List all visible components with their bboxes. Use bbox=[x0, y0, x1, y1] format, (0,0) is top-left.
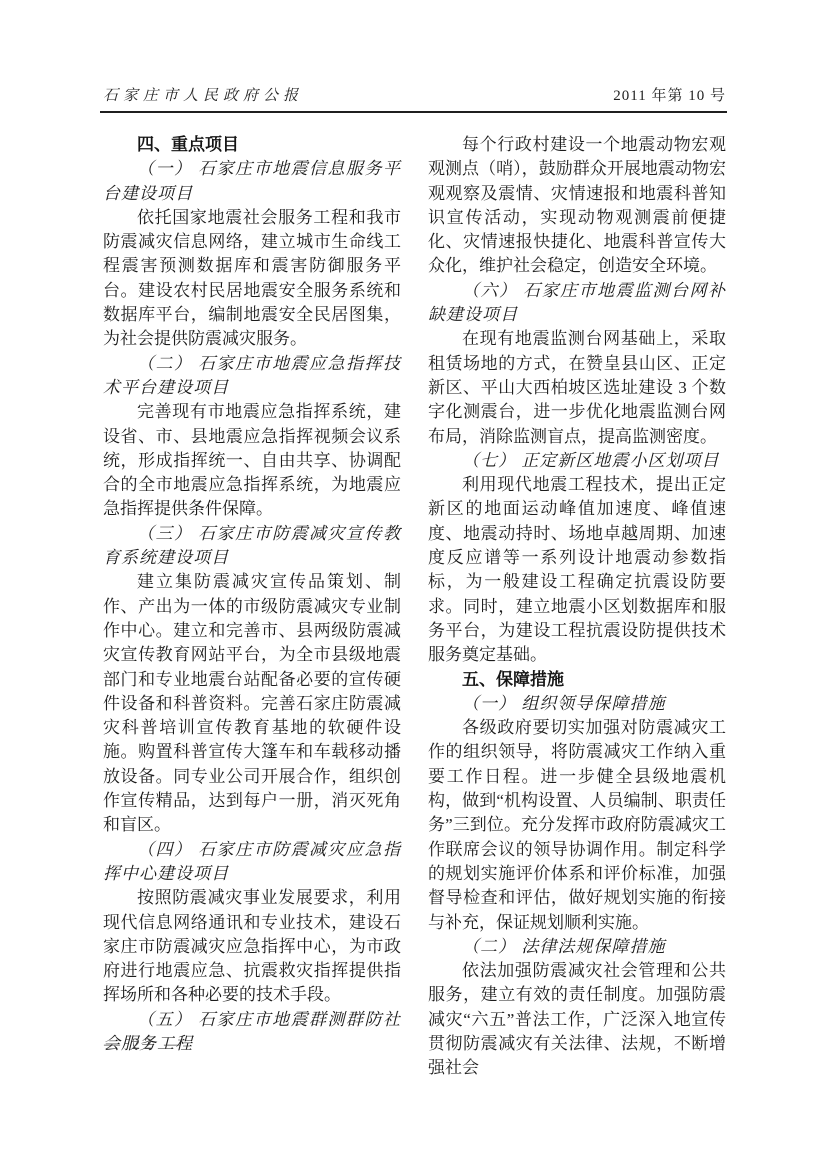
paragraph-project-7: 利用现代地震工程技术，提出正定新区的地面运动峰值加速度、峰值速度、地震动持时、场… bbox=[428, 473, 726, 667]
issue-number: 2011 年第 10 号 bbox=[613, 84, 726, 105]
paragraph-safeguard-2: 依法加强防震减灾社会管理和公共服务，建立有效的责任制度。加强防震减灾“六五”普法… bbox=[428, 959, 726, 1080]
paragraph-project-5: 每个行政村建设一个地震动物宏观观测点（哨），鼓励群众开展地震动物宏观观察及震情、… bbox=[428, 133, 726, 279]
paragraph-project-6: 在现有地震监测台网基础上，采取租赁场地的方式，在赞皇县山区、正定新区、平山大西柏… bbox=[428, 327, 726, 448]
left-column: 四、重点项目 （一） 石家庄市地震信息服务平台建设项目 依托国家地震社会服务工程… bbox=[103, 133, 401, 1081]
paragraph-project-2: 完善现有市地震应急指挥系统，建设省、市、县地震应急指挥视频会议系统，形成指挥统一… bbox=[103, 400, 401, 521]
sub-heading-safeguard-1: （一） 组织领导保障措施 bbox=[428, 692, 726, 716]
sub-heading-project-4: （四） 石家庄市防震减灾应急指挥中心建设项目 bbox=[103, 838, 401, 887]
sub-heading-safeguard-2: （二） 法律法规保障措施 bbox=[428, 935, 726, 959]
sub-heading-project-3: （三） 石家庄市防震减灾宣传教育系统建设项目 bbox=[103, 522, 401, 571]
sub-heading-project-1: （一） 石家庄市地震信息服务平台建设项目 bbox=[103, 157, 401, 206]
paragraph-safeguard-1: 各级政府要切实加强对防震减灾工作的组织领导，将防震减灾工作纳入重要工作日程。进一… bbox=[428, 716, 726, 935]
right-column: 每个行政村建设一个地震动物宏观观测点（哨），鼓励群众开展地震动物宏观观察及震情、… bbox=[428, 133, 726, 1081]
paragraph-project-3: 建立集防震减灾宣传品策划、制作、产出为一体的市级防震减灾专业制作中心。建立和完善… bbox=[103, 570, 401, 837]
section-heading-key-projects: 四、重点项目 bbox=[103, 133, 401, 157]
sub-heading-project-6: （六） 石家庄市地震监测台网补缺建设项目 bbox=[428, 279, 726, 328]
gazette-page: 石家庄市人民政府公报 2011 年第 10 号 四、重点项目 （一） 石家庄市地… bbox=[0, 0, 826, 1169]
gazette-title: 石家庄市人民政府公报 bbox=[103, 84, 303, 105]
page-header: 石家庄市人民政府公报 2011 年第 10 号 bbox=[103, 84, 726, 105]
header-rule bbox=[100, 111, 727, 113]
sub-heading-project-7: （七） 正定新区地震小区划项目 bbox=[428, 449, 726, 473]
paragraph-project-4: 按照防震减灾事业发展要求，利用现代信息网络通讯和专业技术，建设石家庄市防震减灾应… bbox=[103, 886, 401, 1007]
sub-heading-project-2: （二） 石家庄市地震应急指挥技术平台建设项目 bbox=[103, 352, 401, 401]
section-heading-safeguards: 五、保障措施 bbox=[428, 668, 726, 692]
content-area: 四、重点项目 （一） 石家庄市地震信息服务平台建设项目 依托国家地震社会服务工程… bbox=[103, 133, 727, 1081]
page-number: — 22 — bbox=[104, 1036, 184, 1054]
paragraph-project-1: 依托国家地震社会服务工程和我市防震减灾信息网络，建立城市生命线工程震害预测数据库… bbox=[103, 206, 401, 352]
